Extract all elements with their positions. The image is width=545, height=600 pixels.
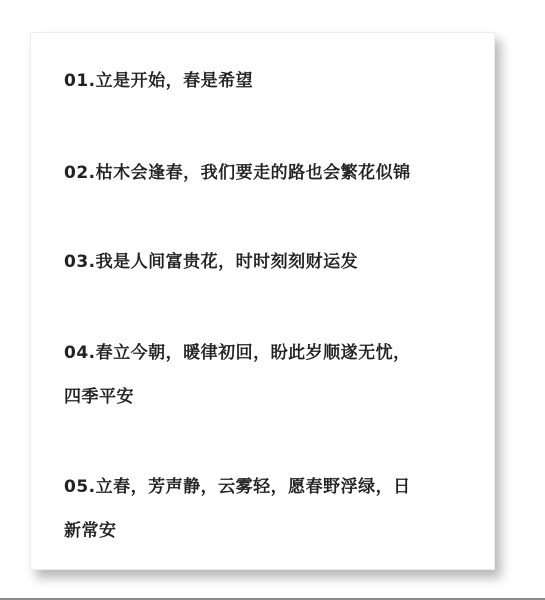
quote-card: 01.立是开始，春是希望 02.枯木会逢春，我们要走的路也会繁花似锦 03.我是… xyxy=(30,32,495,570)
quote-line: 01.立是开始，春是希望 xyxy=(64,59,484,103)
quote-line: 新常安 xyxy=(64,509,484,553)
quote-item-1: 01.立是开始，春是希望 xyxy=(64,59,484,103)
quote-line: 04.春立今朝，暖律初回，盼此岁顺遂无忧， xyxy=(64,331,484,375)
quote-item-5: 05.立春，芳声静，云雾轻，愿春野浮绿，日 新常安 xyxy=(64,465,484,553)
quote-item-4: 04.春立今朝，暖律初回，盼此岁顺遂无忧， 四季平安 xyxy=(64,331,484,419)
quote-line: 03.我是人间富贵花，时时刻刻财运发 xyxy=(64,240,484,284)
quote-line: 05.立春，芳声静，云雾轻，愿春野浮绿，日 xyxy=(64,465,484,509)
quote-item-2: 02.枯木会逢春，我们要走的路也会繁花似锦 xyxy=(64,151,484,195)
quote-line: 四季平安 xyxy=(64,375,484,419)
quote-line: 02.枯木会逢春，我们要走的路也会繁花似锦 xyxy=(64,151,484,195)
quote-item-3: 03.我是人间富贵花，时时刻刻财运发 xyxy=(64,240,484,284)
